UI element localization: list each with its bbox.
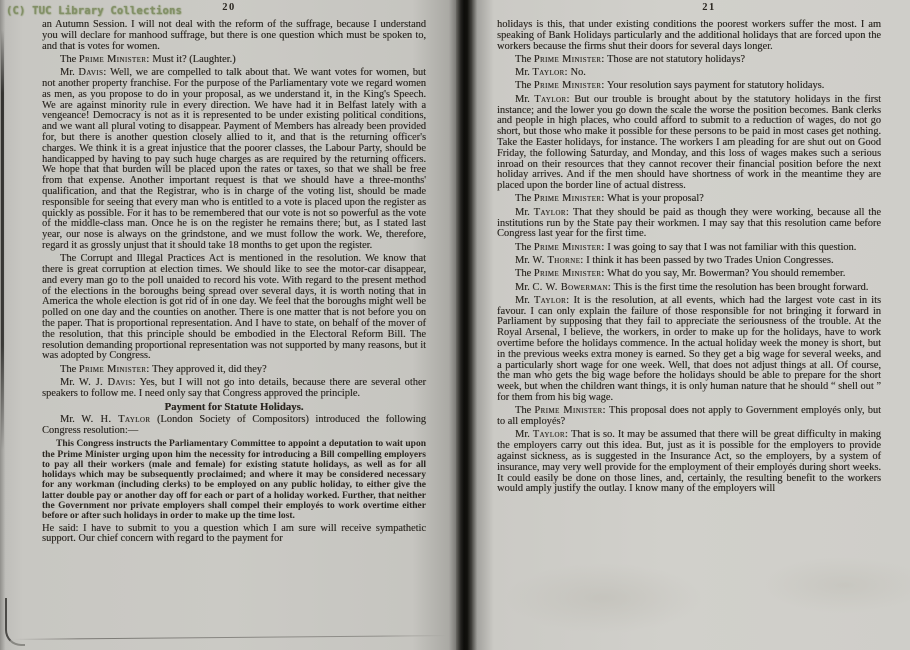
speaker-name: Prime Minister:: [79, 54, 150, 65]
paragraph: Mr. Taylor: That is so. It may be assume…: [497, 430, 881, 495]
speaker-name: Prime Minister:: [534, 242, 605, 253]
speaker-prefix: Mr.: [60, 414, 75, 425]
left-page-text-column: an Autumn Session. I will not deal with …: [42, 20, 426, 548]
paragraph-text: I was going to say that I was not famili…: [607, 242, 856, 253]
speaker-prefix: Mr.: [60, 377, 75, 388]
speaker-name: Taylor:: [534, 295, 570, 306]
paragraph: Mr. Taylor: But our trouble is brought a…: [497, 95, 881, 192]
paragraph: The Corrupt and Illegal Practices Act is…: [42, 254, 426, 362]
paragraph-text: It is the resolution, at all events, whi…: [497, 295, 881, 403]
resolution-blockquote: This Congress instructs the Parliamentar…: [42, 439, 426, 521]
speaker-prefix: The: [60, 364, 76, 375]
speaker-prefix: The: [515, 268, 531, 279]
paragraph-text: holidays is this, that under existing co…: [497, 19, 881, 52]
page-number-right: 21: [490, 2, 910, 13]
speaker-name: Prime Minister:: [534, 268, 605, 279]
speaker-prefix: Mr.: [515, 94, 530, 105]
paragraph-text: Your resolution says payment for statuto…: [607, 80, 824, 91]
speaker-prefix: Mr.: [515, 295, 530, 306]
paragraph: Mr. Taylor: No.: [497, 68, 881, 79]
book-gutter: [456, 0, 472, 650]
speaker-name: Prime Minister:: [534, 80, 605, 91]
paragraph: Mr. W. J. Davis: Yes, but I will not go …: [42, 378, 426, 400]
speaker-prefix: Mr.: [60, 67, 75, 78]
speaker-prefix: Mr.: [515, 207, 530, 218]
speaker-name: Prime Minister:: [79, 364, 150, 375]
speaker-name: C. W. Bowerman:: [532, 282, 611, 293]
speaker-name: W. J. Davis:: [79, 377, 136, 388]
speaker-name: Taylor:: [534, 207, 570, 218]
paragraph: Mr. W. Thorne: I think it has been passe…: [497, 256, 881, 267]
speaker-prefix: The: [515, 405, 531, 416]
speaker-name: Taylor:: [533, 429, 569, 440]
paragraph: The Prime Minister: Those are not statut…: [497, 55, 881, 66]
paragraph-text: an Autumn Session. I will not deal with …: [42, 19, 426, 52]
paragraph-text: I think it has been passed by two Trades…: [586, 255, 833, 266]
section-heading: Payment for Statute Holidays.: [42, 402, 426, 413]
paragraph: Mr. C. W. Bowerman: This is the first ti…: [497, 283, 881, 294]
paragraph: The Prime Minister: They approved it, di…: [42, 365, 426, 376]
paragraph: Mr. Davis: Well, we are compelled to tal…: [42, 68, 426, 252]
paragraph-text: But our trouble is brought about by the …: [497, 94, 881, 191]
paragraph: Mr. Taylor: It is the resolution, at all…: [497, 296, 881, 404]
paragraph-text: They approved it, did they?: [152, 364, 267, 375]
speaker-prefix: The: [515, 54, 531, 65]
speaker-name: Taylor:: [534, 94, 570, 105]
speaker-prefix: Mr.: [515, 255, 530, 266]
left-page: 20 an Autumn Session. I will not deal wi…: [0, 0, 458, 650]
spine-shadow-streak: [1, 30, 4, 450]
paragraph-text: What is your proposal?: [607, 193, 704, 204]
speaker-name: Taylor:: [532, 67, 568, 78]
speaker-name: W. Thorne:: [532, 255, 583, 266]
paragraph: The Prime Minister: Must it? (Laughter.): [42, 55, 426, 66]
paragraph: Mr. W. H. Taylor (London Society of Comp…: [42, 415, 426, 437]
paragraph-text: Well, we are compelled to talk about tha…: [42, 67, 426, 251]
speaker-prefix: The: [60, 54, 76, 65]
speaker-prefix: The: [515, 193, 531, 204]
watermark: (C) TUC Library Collections: [6, 5, 182, 17]
paragraph: holidays is this, that under existing co…: [497, 20, 881, 52]
book-spread: 20 an Autumn Session. I will not deal wi…: [0, 0, 910, 650]
paragraph-text: What do you say, Mr. Bowerman? You shoul…: [607, 268, 845, 279]
paragraph-text: Those are not statutory holidays?: [607, 54, 745, 65]
right-page-text-column: holidays is this, that under existing co…: [497, 20, 881, 498]
paragraph: The Prime Minister: This proposal does n…: [497, 406, 881, 428]
speaker-name: W. H. Taylor: [81, 414, 150, 425]
paragraph: The Prime Minister: What is your proposa…: [497, 194, 881, 205]
paragraph: an Autumn Session. I will not deal with …: [42, 20, 426, 52]
speaker-name: Prime Minister:: [534, 54, 605, 65]
right-page: 21 holidays is this, that under existing…: [472, 0, 910, 650]
paragraph-text: He said: I have to submit to you a quest…: [42, 523, 426, 545]
speaker-prefix: Mr.: [515, 282, 530, 293]
paragraph: The Prime Minister: I was going to say t…: [497, 243, 881, 254]
speaker-prefix: Mr.: [515, 67, 530, 78]
paragraph-text: Must it? (Laughter.): [152, 54, 235, 65]
speaker-prefix: The: [515, 80, 531, 91]
paragraph-text: This is the first time the resolution ha…: [614, 282, 869, 293]
speaker-prefix: Mr.: [515, 429, 530, 440]
speaker-name: Prime Minister:: [534, 405, 605, 416]
speaker-name: Davis:: [78, 67, 106, 78]
paragraph: Mr. Taylor: That they should be paid as …: [497, 208, 881, 240]
paragraph: The Prime Minister: Your resolution says…: [497, 81, 881, 92]
speaker-prefix: The: [515, 242, 531, 253]
speaker-name: Prime Minister:: [534, 193, 605, 204]
paragraph: The Prime Minister: What do you say, Mr.…: [497, 269, 881, 280]
paragraph: He said: I have to submit to you a quest…: [42, 524, 426, 546]
paragraph-text: The Corrupt and Illegal Practices Act is…: [42, 253, 426, 361]
paragraph-text: No.: [570, 67, 585, 78]
